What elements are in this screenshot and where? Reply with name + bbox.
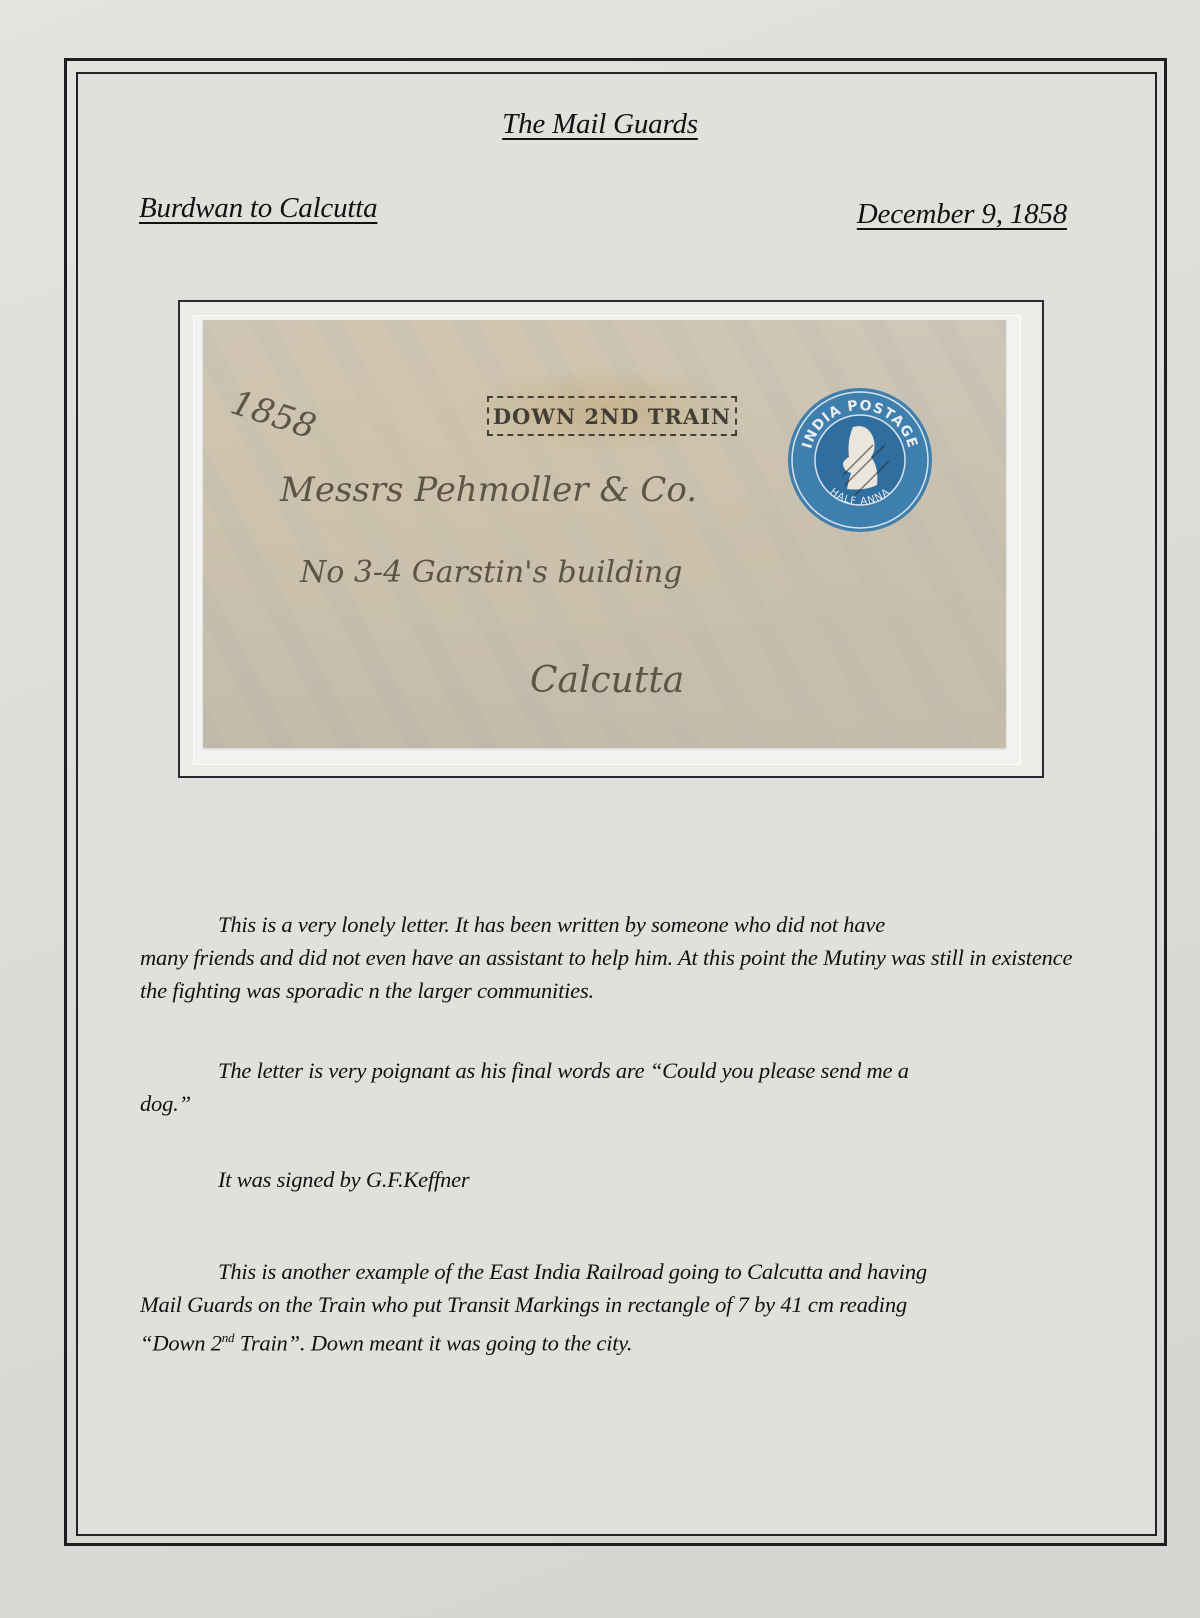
route-heading: Burdwan to Calcutta — [139, 192, 377, 225]
down-train-handstamp: DOWN 2ND TRAIN — [487, 396, 737, 436]
date-heading: December 9, 1858 — [857, 198, 1067, 231]
paragraph-3: It was signed by G.F.Keffner — [140, 1163, 1100, 1196]
signature-line: It was signed by G.F.Keffner — [140, 1163, 1100, 1196]
paragraph-1: This is a very lonely letter. It has bee… — [140, 908, 1100, 1007]
paragraph-4-line2: Mail Guards on the Train who put Transit… — [140, 1288, 1100, 1321]
paragraph-2: The letter is very poignant as his final… — [140, 1054, 1100, 1120]
page-title: The Mail Guards — [0, 108, 1200, 141]
manuscript-addressee-line2: No 3-4 Garstin's building — [300, 555, 682, 590]
quote-open-text: “Down 2 — [140, 1331, 222, 1356]
paragraph-1-first-line: This is a very lonely letter. It has bee… — [140, 908, 1100, 941]
manuscript-addressee-line3: Calcutta — [530, 660, 684, 701]
manuscript-addressee-line1: Messrs Pehmoller & Co. — [280, 470, 697, 510]
page-title-text: The Mail Guards — [502, 108, 698, 140]
paragraph-4: This is another example of the East Indi… — [140, 1255, 1100, 1360]
ordinal-suffix: nd — [222, 1330, 235, 1345]
quote-close-text: Train”. Down meant it was going to the c… — [234, 1331, 632, 1356]
paragraph-4-first-line: This is another example of the East Indi… — [140, 1255, 1100, 1288]
india-postage-stamp-icon: INDIA POSTAGE HALF ANNA — [785, 385, 935, 535]
paragraph-4-line3: “Down 2nd Train”. Down meant it was goin… — [140, 1321, 1100, 1360]
paragraph-1-rest: many friends and did not even have an as… — [140, 941, 1100, 1007]
paragraph-2-rest: dog.” — [140, 1087, 1100, 1120]
paragraph-2-first-line: The letter is very poignant as his final… — [140, 1054, 1100, 1087]
